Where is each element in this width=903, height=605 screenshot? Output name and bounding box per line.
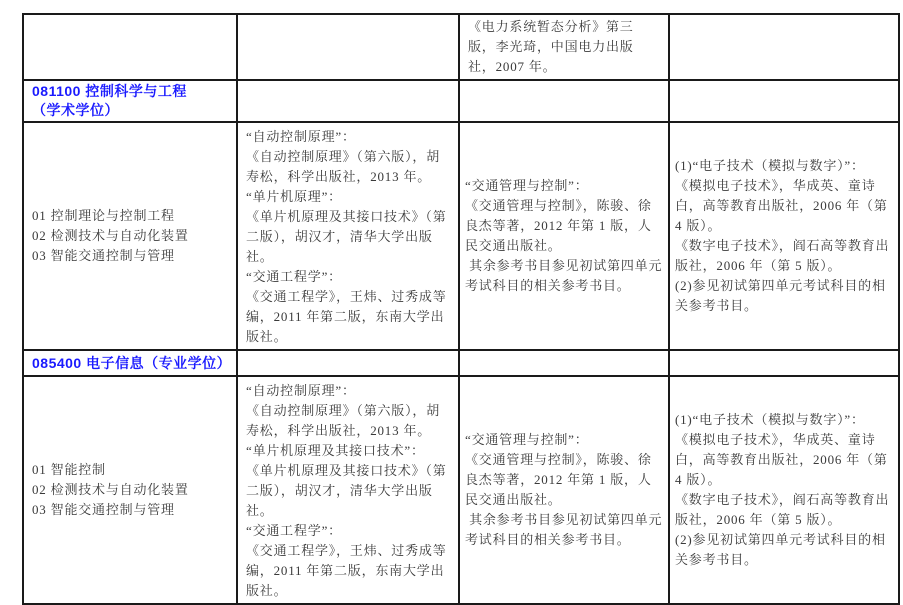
document-page: 《电力系统暂态分析》第三版，李光琦，中国电力出版社，2007 年。 081100…	[0, 0, 903, 555]
program-detail-row-085400: 01 智能控制 02 检测技术与自动化装置 03 智能交通控制与管理 “自动控制…	[23, 376, 899, 604]
cell-initial-exam-books: “自动控制原理”： 《自动控制原理》（第六版），胡寿松，科学出版社，2013 年…	[237, 122, 459, 350]
cell-empty	[459, 80, 669, 122]
cell-program-code: 085400 电子信息（专业学位）	[23, 350, 237, 376]
cell-empty	[237, 80, 459, 122]
cell-empty	[669, 80, 899, 122]
cell-text: “自动控制原理”： 《自动控制原理》（第六版），胡寿松，科学出版社，2013 年…	[246, 381, 450, 601]
table-row-continuation: 《电力系统暂态分析》第三版，李光琦，中国电力出版社，2007 年。	[23, 14, 899, 80]
cell-initial-exam-books	[237, 14, 459, 80]
cell-text: 01 控制理论与控制工程 02 检测技术与自动化装置 03 智能交通控制与管理	[32, 206, 228, 266]
cell-directions	[23, 14, 237, 80]
cell-text: “自动控制原理”： 《自动控制原理》（第六版），胡寿松，科学出版社，2013 年…	[246, 127, 450, 347]
cell-empty	[459, 350, 669, 376]
cell-empty	[237, 350, 459, 376]
cell-extra-books: (1)“电子技术（模拟与数字）”： 《模拟电子技术》，华成英、童诗白，高等教育出…	[669, 122, 899, 350]
cell-research-directions: 01 智能控制 02 检测技术与自动化装置 03 智能交通控制与管理	[23, 376, 237, 604]
cell-retest-books: “交通管理与控制”： 《交通管理与控制》，陈骏、徐良杰等著，2012 年第 1 …	[459, 122, 669, 350]
program-detail-row-081100: 01 控制理论与控制工程 02 检测技术与自动化装置 03 智能交通控制与管理 …	[23, 122, 899, 350]
cell-empty	[669, 350, 899, 376]
cell-extra-books: (1)“电子技术（模拟与数字）”： 《模拟电子技术》，华成英、童诗白，高等教育出…	[669, 376, 899, 604]
cell-retest-books: “交通管理与控制”： 《交通管理与控制》，陈骏、徐良杰等著，2012 年第 1 …	[459, 376, 669, 604]
program-title-text: 081100 控制科学与工程 （学术学位）	[32, 82, 228, 120]
cell-text: “交通管理与控制”： 《交通管理与控制》，陈骏、徐良杰等著，2012 年第 1 …	[465, 430, 663, 550]
cell-retest-books: 《电力系统暂态分析》第三版，李光琦，中国电力出版社，2007 年。	[459, 14, 669, 80]
program-title-text: 085400 电子信息（专业学位）	[32, 354, 228, 373]
cell-text: “交通管理与控制”： 《交通管理与控制》，陈骏、徐良杰等著，2012 年第 1 …	[465, 176, 663, 296]
cell-text: (1)“电子技术（模拟与数字）”： 《模拟电子技术》，华成英、童诗白，高等教育出…	[675, 156, 893, 316]
cell-extra-books	[669, 14, 899, 80]
cell-program-code: 081100 控制科学与工程 （学术学位）	[23, 80, 237, 122]
cell-initial-exam-books: “自动控制原理”： 《自动控制原理》（第六版），胡寿松，科学出版社，2013 年…	[237, 376, 459, 604]
cell-research-directions: 01 控制理论与控制工程 02 检测技术与自动化装置 03 智能交通控制与管理	[23, 122, 237, 350]
cell-text: 01 智能控制 02 检测技术与自动化装置 03 智能交通控制与管理	[32, 460, 228, 520]
program-header-row-085400: 085400 电子信息（专业学位）	[23, 350, 899, 376]
reference-books-table: 《电力系统暂态分析》第三版，李光琦，中国电力出版社，2007 年。 081100…	[22, 13, 900, 605]
program-header-row-081100: 081100 控制科学与工程 （学术学位）	[23, 80, 899, 122]
cell-text: (1)“电子技术（模拟与数字）”： 《模拟电子技术》，华成英、童诗白，高等教育出…	[675, 410, 893, 570]
cell-text: 《电力系统暂态分析》第三版，李光琦，中国电力出版社，2007 年。	[468, 17, 660, 77]
